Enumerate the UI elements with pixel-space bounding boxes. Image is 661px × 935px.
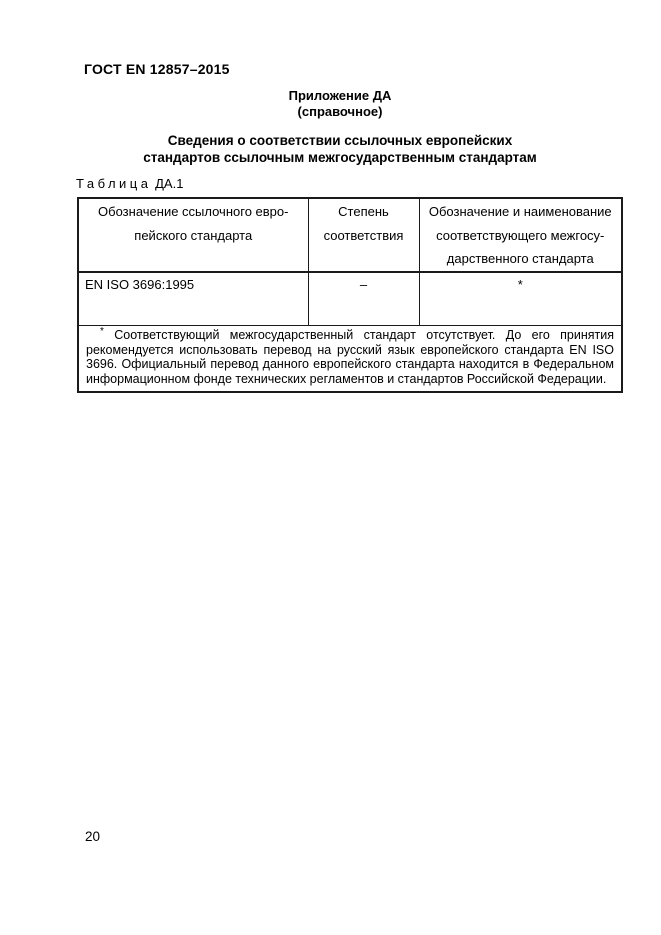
col-header-interstate-standard: Обозначение и наименование соответствующ… — [419, 198, 622, 272]
col-header-line: соответствующего межгосу- — [424, 224, 618, 248]
doc-number: ГОСТ EN 12857–2015 — [84, 61, 230, 77]
correspondence-table: Обозначение ссылочного евро- пейского ст… — [77, 197, 623, 393]
col-header-line: дарственного стандарта — [424, 247, 618, 271]
footnote-cell: * Соответствующий межгосударственный ста… — [78, 326, 622, 393]
section-heading-line: Сведения о соответствии ссылочных европе… — [40, 133, 640, 150]
table-footnote: * Соответствующий межгосударственный ста… — [86, 328, 614, 387]
appendix-subtitle: (справочное) — [40, 104, 640, 120]
page-number: 20 — [85, 829, 100, 844]
section-heading-line: стандартов ссылочным межгосударственным … — [40, 150, 640, 167]
col-header-line: соответствия — [313, 224, 415, 248]
col-header-line: Обозначение и наименование — [424, 200, 618, 224]
cell-interstate-standard: * — [419, 272, 622, 326]
footnote-text: Соответствующий межгосударственный станд… — [86, 328, 614, 386]
col-header-line: пейского стандарта — [83, 224, 304, 248]
col-header-degree: Степень соответствия — [308, 198, 419, 272]
col-header-line: Степень — [313, 200, 415, 224]
cell-european-standard: EN ISO 3696:1995 — [78, 272, 308, 326]
table-caption-label: Таблица — [76, 176, 151, 191]
col-header-european-standard: Обозначение ссылочного евро- пейского ст… — [78, 198, 308, 272]
appendix-title: Приложение ДА — [40, 88, 640, 104]
table-caption: Таблица ДА.1 — [76, 176, 183, 191]
table-caption-number: ДА.1 — [155, 176, 183, 191]
col-header-line: Обозначение ссылочного евро- — [83, 200, 304, 224]
cell-degree: – — [308, 272, 419, 326]
document-page: ГОСТ EN 12857–2015 Приложение ДА (справо… — [0, 0, 661, 935]
section-heading: Сведения о соответствии ссылочных европе… — [40, 133, 640, 166]
footnote-marker: * — [100, 326, 104, 337]
table-row: EN ISO 3696:1995 – * — [78, 272, 622, 326]
table-header-row: Обозначение ссылочного евро- пейского ст… — [78, 198, 622, 272]
appendix-title-block: Приложение ДА (справочное) — [40, 88, 640, 120]
footnote-row: * Соответствующий межгосударственный ста… — [78, 326, 622, 393]
